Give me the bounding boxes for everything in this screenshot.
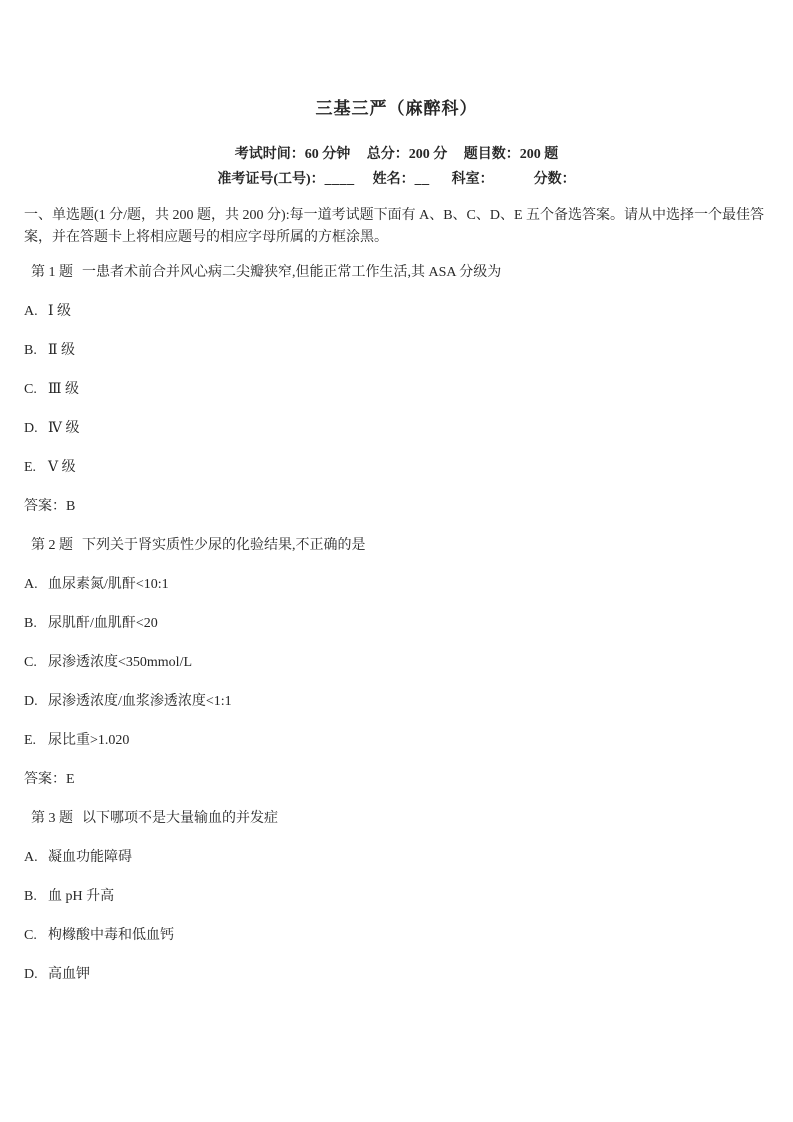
- exam-total-score: 总分：200 分: [367, 147, 448, 162]
- option-text: 高血钾: [48, 967, 90, 982]
- option-letter: E.: [24, 730, 48, 751]
- registration-line: 准考证号(工号)：____姓名：__科室：分数：: [24, 170, 769, 190]
- question-3-option-d: D.高血钾: [24, 964, 769, 985]
- question-2-option-e: E.尿比重>1.020: [24, 730, 769, 751]
- question-3-option-c: C.枸橼酸中毒和低血钙: [24, 925, 769, 946]
- question-1-option-e: E.Ⅴ 级: [24, 457, 769, 478]
- section-instructions: 一、单选题(1 分/题，共 200 题，共 200 分):每一道考试题下面有 A…: [24, 205, 769, 248]
- question-1-option-d: D.Ⅳ 级: [24, 418, 769, 439]
- option-letter: D.: [24, 418, 48, 439]
- option-text: 尿肌酐/血肌酐<20: [48, 616, 158, 631]
- department-label: 科室：: [452, 172, 494, 187]
- option-letter: B.: [24, 613, 48, 634]
- question-3: 第 3 题以下哪项不是大量输血的并发症 A.凝血功能障碍 B.血 pH 升高 C…: [24, 808, 769, 985]
- option-text: 尿渗透浓度/血浆渗透浓度<1:1: [48, 694, 232, 709]
- name-label: 姓名：: [373, 172, 415, 187]
- option-text: 尿比重>1.020: [48, 733, 129, 748]
- question-1-option-c: C.Ⅲ 级: [24, 379, 769, 400]
- candidate-id-label: 准考证号(工号)：: [217, 172, 324, 187]
- question-2: 第 2 题下列关于肾实质性少尿的化验结果,不正确的是 A.血尿素氮/肌酐<10:…: [24, 535, 769, 790]
- question-2-option-d: D.尿渗透浓度/血浆渗透浓度<1:1: [24, 691, 769, 712]
- score-label: 分数：: [534, 172, 576, 187]
- question-1-stem: 第 1 题一患者术前合并风心病二尖瓣狭窄,但能正常工作生活,其 ASA 分级为: [24, 262, 769, 283]
- option-letter: D.: [24, 964, 48, 985]
- question-3-option-a: A.凝血功能障碍: [24, 847, 769, 868]
- option-letter: A.: [24, 847, 48, 868]
- answer-value: E: [66, 772, 75, 787]
- option-letter: B.: [24, 886, 48, 907]
- question-1-answer: 答案：B: [24, 496, 769, 517]
- question-1: 第 1 题一患者术前合并风心病二尖瓣狭窄,但能正常工作生活,其 ASA 分级为 …: [24, 262, 769, 517]
- exam-duration: 考试时间：60 分钟: [235, 147, 351, 162]
- option-letter: C.: [24, 925, 48, 946]
- option-text: 血尿素氮/肌酐<10:1: [48, 577, 169, 592]
- option-text: 尿渗透浓度<350mmol/L: [48, 655, 192, 670]
- option-text: Ⅳ 级: [48, 421, 80, 436]
- candidate-id-blank: ____: [325, 172, 355, 187]
- option-letter: D.: [24, 691, 48, 712]
- question-2-option-c: C.尿渗透浓度<350mmol/L: [24, 652, 769, 673]
- option-text: Ⅲ 级: [48, 382, 79, 397]
- question-3-stem: 第 3 题以下哪项不是大量输血的并发症: [24, 808, 769, 829]
- question-2-answer: 答案：E: [24, 769, 769, 790]
- option-text: 凝血功能障碍: [48, 850, 132, 865]
- question-1-text: 一患者术前合并风心病二尖瓣狭窄,但能正常工作生活,其 ASA 分级为: [82, 265, 501, 280]
- question-2-option-b: B.尿肌酐/血肌酐<20: [24, 613, 769, 634]
- exam-question-count: 题目数：200 题: [464, 147, 559, 162]
- name-blank: __: [415, 172, 430, 187]
- question-3-option-b: B.血 pH 升高: [24, 886, 769, 907]
- question-2-number: 第 2 题: [31, 538, 73, 553]
- option-text: 血 pH 升高: [48, 889, 114, 904]
- option-text: Ⅱ 级: [48, 343, 75, 358]
- option-letter: C.: [24, 379, 48, 400]
- question-2-option-a: A.血尿素氮/肌酐<10:1: [24, 574, 769, 595]
- question-2-stem: 第 2 题下列关于肾实质性少尿的化验结果,不正确的是: [24, 535, 769, 556]
- option-letter: E.: [24, 457, 48, 478]
- question-1-number: 第 1 题: [31, 265, 73, 280]
- option-text: Ⅰ 级: [48, 304, 71, 319]
- answer-value: B: [66, 499, 75, 514]
- option-letter: A.: [24, 574, 48, 595]
- question-2-text: 下列关于肾实质性少尿的化验结果,不正确的是: [82, 538, 366, 553]
- option-letter: B.: [24, 340, 48, 361]
- exam-info-line: 考试时间：60 分钟 总分：200 分 题目数：200 题: [24, 145, 769, 165]
- option-letter: C.: [24, 652, 48, 673]
- answer-label: 答案：: [24, 499, 66, 514]
- question-3-number: 第 3 题: [31, 811, 73, 826]
- option-text: 枸橼酸中毒和低血钙: [48, 928, 174, 943]
- option-letter: A.: [24, 301, 48, 322]
- question-3-text: 以下哪项不是大量输血的并发症: [82, 811, 278, 826]
- answer-label: 答案：: [24, 772, 66, 787]
- exam-document-page: 三基三严（麻醉科） 考试时间：60 分钟 总分：200 分 题目数：200 题 …: [0, 0, 793, 1122]
- option-text: Ⅴ 级: [48, 460, 76, 475]
- page-title: 三基三严（麻醉科）: [24, 98, 769, 120]
- question-1-option-b: B.Ⅱ 级: [24, 340, 769, 361]
- question-1-option-a: A.Ⅰ 级: [24, 301, 769, 322]
